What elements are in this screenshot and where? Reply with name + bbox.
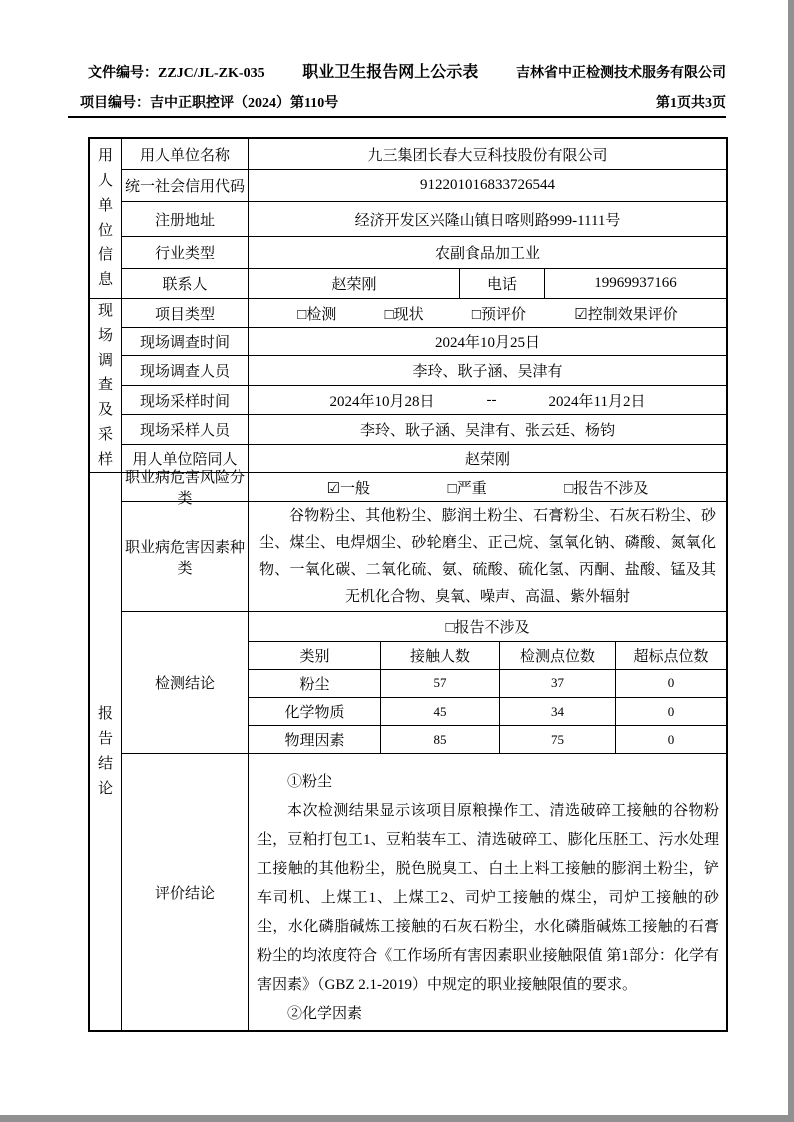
header-divider <box>68 116 726 118</box>
checkbox-option-general: ☑一般 <box>327 477 370 498</box>
employer-name-label: 用人单位名称 <box>122 139 249 169</box>
sampling-time-label: 现场采样时间 <box>122 386 249 414</box>
cell-exposed: 57 <box>381 670 500 697</box>
escort-value: 赵荣刚 <box>249 445 726 472</box>
section-label-employer: 用人单位信息 <box>90 139 122 298</box>
section-report: 报告结论 职业病危害风险分类 ☑一般 □严重 □报告不涉及 职业病危害因素种类 … <box>90 472 726 1030</box>
table-row: 统一社会信用代码 912201016833726544 <box>122 169 726 201</box>
section-survey: 现场调查及采样 项目类型 □检测 □现状 □预评价 ☑控制效果评价 现场调查时间… <box>90 298 726 472</box>
evaluation-heading-chemical: ②化学因素 <box>257 1000 719 1029</box>
section-label-survey: 现场调查及采样 <box>90 299 122 472</box>
page-indicator: 第1页共3页 <box>656 92 726 112</box>
evaluation-conclusion-text: ①粉尘 本次检测结果显示该项目原粮操作工、清选破碎工接触的谷物粉尘，豆粕打包工1… <box>249 754 726 1030</box>
detection-data-row: 物理因素 85 75 0 <box>249 725 726 753</box>
survey-time-label: 现场调查时间 <box>122 328 249 355</box>
survey-staff-value: 李玲、耿子涵、吴津有 <box>249 356 726 385</box>
cell-exposed: 45 <box>381 698 500 726</box>
table-row: 现场调查人员 李玲、耿子涵、吴津有 <box>122 355 726 385</box>
document-page: 文件编号：ZZJC/JL-ZK-035 职业卫生报告网上公示表 吉林省中正检测技… <box>0 0 794 1122</box>
checkbox-option-detection: □检测 <box>297 303 336 324</box>
credit-code-value: 912201016833726544 <box>249 170 726 201</box>
checkbox-option-status: □现状 <box>385 303 424 324</box>
detection-table: □报告不涉及 类别 接触人数 检测点位数 超标点位数 粉尘 57 37 0 <box>249 612 726 753</box>
cell-exceed: 0 <box>616 670 726 697</box>
table-row: 用人单位名称 九三集团长春大豆科技股份有限公司 <box>122 139 726 169</box>
table-row: 行业类型 农副食品加工业 <box>122 236 726 268</box>
form-table: 用人单位信息 用人单位名称 九三集团长春大豆科技股份有限公司 统一社会信用代码 … <box>88 137 728 1032</box>
hazard-types-value: 谷物粉尘、其他粉尘、膨润土粉尘、石膏粉尘、石灰石粉尘、砂尘、煤尘、电焊烟尘、砂轮… <box>249 502 726 611</box>
credit-code-label: 统一社会信用代码 <box>122 170 249 201</box>
industry-value: 农副食品加工业 <box>249 237 726 268</box>
table-row: 联系人 赵荣刚 电话 19969937166 <box>122 268 726 298</box>
detection-data-row: 化学物质 45 34 0 <box>249 697 726 726</box>
table-row: 评价结论 ①粉尘 本次检测结果显示该项目原粮操作工、清选破碎工接触的谷物粉尘，豆… <box>122 753 726 1030</box>
table-row: 职业病危害因素种类 谷物粉尘、其他粉尘、膨润土粉尘、石膏粉尘、石灰石粉尘、砂尘、… <box>122 501 726 611</box>
doc-number: 文件编号：ZZJC/JL-ZK-035 <box>88 62 265 82</box>
cell-category: 化学物质 <box>249 698 381 726</box>
risk-class-options: ☑一般 □严重 □报告不涉及 <box>249 473 726 501</box>
contact-value: 赵荣刚 <box>249 269 460 298</box>
section-label-text: 现场调查及采样 <box>98 299 114 472</box>
sampling-start-date: 2024年10月28日 <box>330 390 435 411</box>
section-label-text: 用人单位信息 <box>98 144 114 293</box>
table-row: 注册地址 经济开发区兴隆山镇日喀则路999-1111号 <box>122 201 726 236</box>
cell-points: 75 <box>500 726 616 753</box>
survey-staff-label: 现场调查人员 <box>122 356 249 385</box>
risk-class-label: 职业病危害风险分类 <box>122 473 249 501</box>
cell-points: 37 <box>500 670 616 697</box>
checkbox-option-pre-eval: □预评价 <box>472 303 526 324</box>
header-line-1: 文件编号：ZZJC/JL-ZK-035 职业卫生报告网上公示表 吉林省中正检测技… <box>88 59 726 82</box>
col-header-exceed: 超标点位数 <box>616 642 726 669</box>
address-label: 注册地址 <box>122 202 249 236</box>
detection-data-row: 粉尘 57 37 0 <box>249 669 726 697</box>
org-name: 吉林省中正检测技术服务有限公司 <box>516 62 726 82</box>
section-label-text: 报告结论 <box>98 702 114 801</box>
hazard-types-label: 职业病危害因素种类 <box>122 502 249 611</box>
detection-not-involved-checkbox: □报告不涉及 <box>249 612 726 641</box>
col-header-category: 类别 <box>249 642 381 669</box>
sampling-time-value: 2024年10月28日 -- 2024年11月2日 <box>249 386 726 414</box>
section-employer: 用人单位信息 用人单位名称 九三集团长春大豆科技股份有限公司 统一社会信用代码 … <box>90 139 726 298</box>
header-line-2: 项目编号：吉中正职控评（2024）第110号 第1页共3页 <box>80 92 726 112</box>
phone-value: 19969937166 <box>545 269 726 298</box>
detection-header-row: 类别 接触人数 检测点位数 超标点位数 <box>249 641 726 669</box>
checkbox-option-not-involved: □报告不涉及 <box>564 477 648 498</box>
table-row: 现场调查时间 2024年10月25日 <box>122 327 726 355</box>
employer-name-value: 九三集团长春大豆科技股份有限公司 <box>249 139 726 169</box>
table-row: 现场采样人员 李玲、耿子涵、吴津有、张云廷、杨钧 <box>122 414 726 444</box>
industry-label: 行业类型 <box>122 237 249 268</box>
cell-exceed: 0 <box>616 726 726 753</box>
cell-exposed: 85 <box>381 726 500 753</box>
project-number: 项目编号：吉中正职控评（2024）第110号 <box>80 92 338 112</box>
sampling-end-date: 2024年11月2日 <box>549 390 646 411</box>
evaluation-heading-dust: ①粉尘 <box>257 768 719 797</box>
table-row: 项目类型 □检测 □现状 □预评价 ☑控制效果评价 <box>122 299 726 327</box>
sampling-date-separator: -- <box>487 392 497 409</box>
checkbox-option-control-effect: ☑控制效果评价 <box>574 303 677 324</box>
page-edge-right <box>788 0 794 1122</box>
detection-conclusion-label: 检测结论 <box>122 612 249 753</box>
col-header-points: 检测点位数 <box>500 642 616 669</box>
project-type-options: □检测 □现状 □预评价 ☑控制效果评价 <box>249 299 726 327</box>
survey-time-value: 2024年10月25日 <box>249 328 726 355</box>
evaluation-paragraph-dust: 本次检测结果显示该项目原粮操作工、清选破碎工接触的谷物粉尘，豆粕打包工1、豆粕装… <box>257 797 719 1000</box>
section-label-report: 报告结论 <box>90 473 122 1030</box>
table-row: 现场采样时间 2024年10月28日 -- 2024年11月2日 <box>122 385 726 414</box>
checkbox-option-severe: □严重 <box>448 477 487 498</box>
cell-category: 物理因素 <box>249 726 381 753</box>
form-title: 职业卫生报告网上公示表 <box>302 59 478 82</box>
page-edge-bottom <box>0 1115 794 1122</box>
cell-points: 34 <box>500 698 616 726</box>
project-type-label: 项目类型 <box>122 299 249 327</box>
cell-category: 粉尘 <box>249 670 381 697</box>
cell-exceed: 0 <box>616 698 726 726</box>
phone-label: 电话 <box>460 269 545 298</box>
table-row: 检测结论 □报告不涉及 类别 接触人数 检测点位数 超标点位数 粉尘 57 37 <box>122 611 726 753</box>
evaluation-conclusion-label: 评价结论 <box>122 754 249 1030</box>
address-value: 经济开发区兴隆山镇日喀则路999-1111号 <box>249 202 726 236</box>
table-row: 职业病危害风险分类 ☑一般 □严重 □报告不涉及 <box>122 473 726 501</box>
contact-label: 联系人 <box>122 269 249 298</box>
sampling-staff-label: 现场采样人员 <box>122 415 249 444</box>
col-header-exposed: 接触人数 <box>381 642 500 669</box>
sampling-staff-value: 李玲、耿子涵、吴津有、张云廷、杨钧 <box>249 415 726 444</box>
